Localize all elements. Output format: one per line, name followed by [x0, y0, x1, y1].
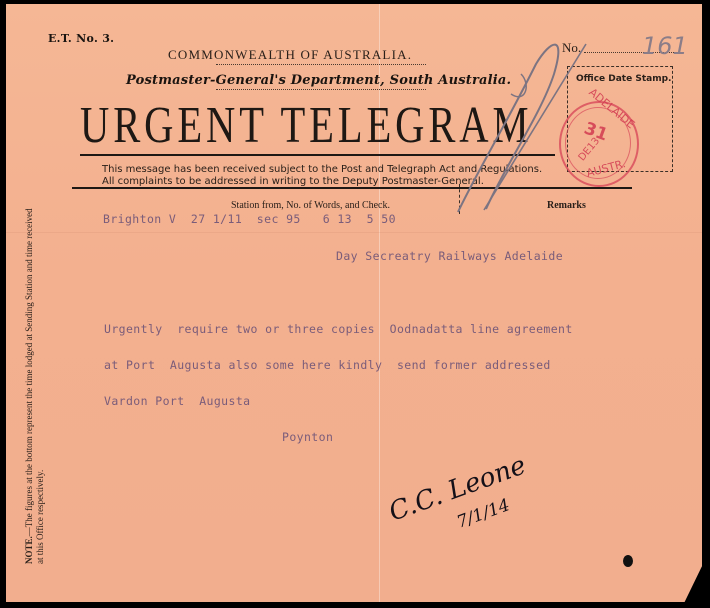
punch-hole [623, 555, 633, 567]
telegram-form: E.T. No. 3. COMMONWEALTH OF AUSTRALIA. P… [6, 4, 702, 602]
pencil-annotation-icon [6, 4, 702, 602]
